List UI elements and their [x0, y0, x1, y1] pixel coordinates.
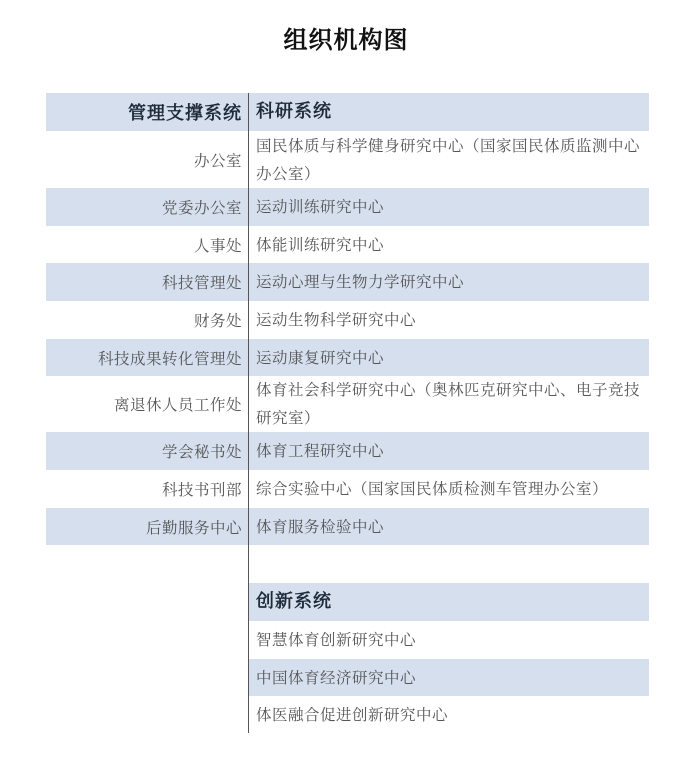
innovation-item: 智慧体育创新研究中心	[256, 621, 649, 659]
management-item: 离退休人员工作处	[46, 376, 242, 432]
research-item: 体育服务检验中心	[256, 508, 649, 545]
management-item: 科技管理处	[46, 263, 242, 301]
management-item: 财务处	[46, 301, 242, 339]
innovation-system-header: 创新系统	[256, 583, 649, 621]
management-item: 党委办公室	[46, 188, 242, 226]
research-item: 运动心理与生物力学研究中心	[256, 263, 649, 301]
research-item: 综合实验中心（国家国民体质检测车管理办公室）	[256, 470, 649, 508]
research-item: 体育工程研究中心	[256, 432, 649, 470]
research-item: 国民体质与科学健身研究中心（国家国民体质监测中心办公室）	[256, 131, 649, 188]
management-item: 后勤服务中心	[46, 508, 242, 545]
research-item: 运动生物科学研究中心	[256, 301, 649, 339]
research-item: 运动康复研究中心	[256, 339, 649, 376]
research-item: 运动训练研究中心	[256, 188, 649, 226]
management-system-header: 管理支撑系统	[46, 93, 242, 131]
management-item: 人事处	[46, 226, 242, 263]
innovation-item: 中国体育经济研究中心	[256, 659, 649, 696]
management-item: 学会秘书处	[46, 432, 242, 470]
innovation-item: 体医融合促进创新研究中心	[256, 696, 649, 734]
management-item: 办公室	[46, 131, 242, 188]
management-item: 科技成果转化管理处	[46, 339, 242, 376]
management-item: 科技书刊部	[46, 470, 242, 508]
research-item: 体能训练研究中心	[256, 226, 649, 263]
page-title: 组织机构图	[0, 20, 692, 55]
column-divider	[248, 93, 249, 733]
research-system-header: 科研系统	[256, 93, 649, 131]
research-item: 体育社会科学研究中心（奥林匹克研究中心、电子竞技研究室）	[256, 376, 649, 432]
